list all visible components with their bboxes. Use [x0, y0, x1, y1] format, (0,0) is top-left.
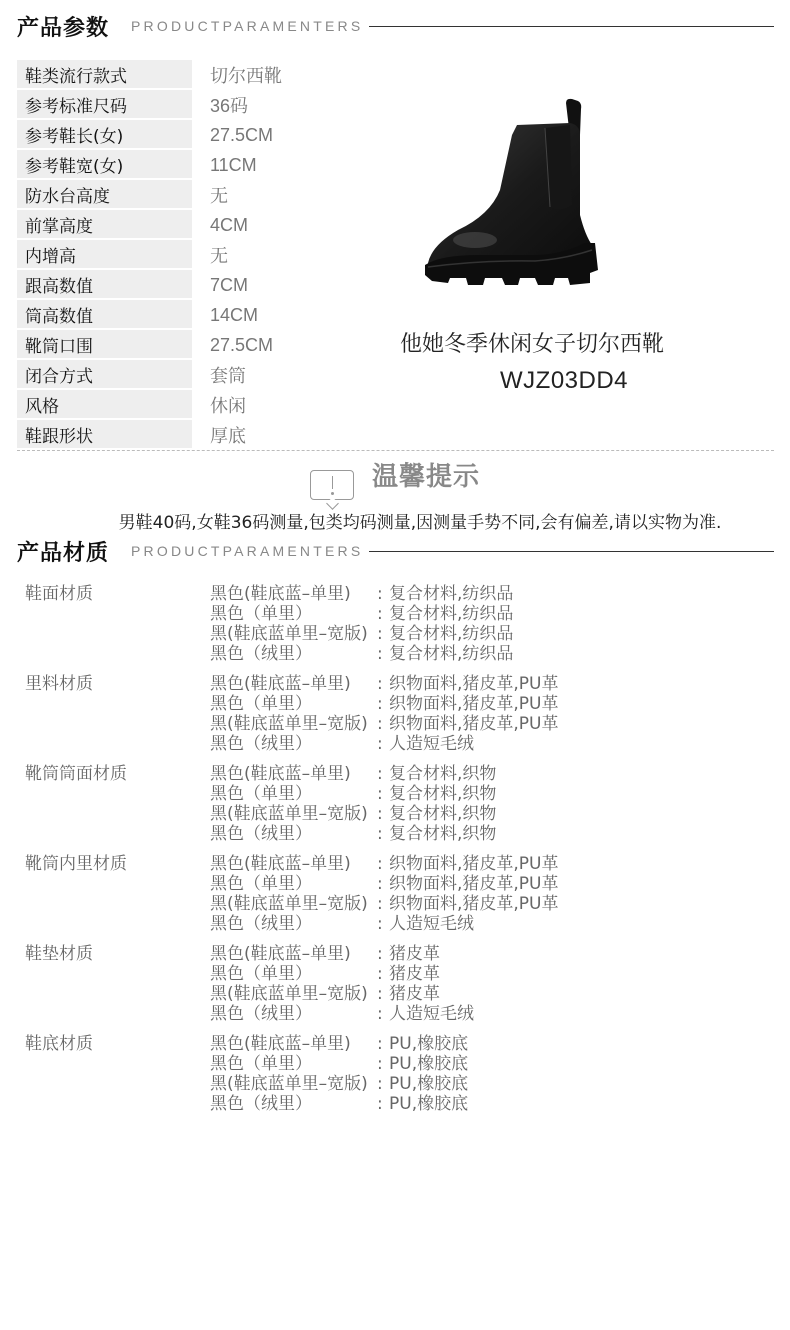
material-value: 人造短毛绒	[389, 914, 474, 934]
param-row: 闭合方式套筒	[17, 360, 397, 390]
material-separator: :	[377, 624, 389, 644]
param-value: 无	[192, 180, 228, 210]
material-group: 里料材质黑色(鞋底蓝–单里):织物面料,猪皮革,PU革黑色（单里）:织物面料,猪…	[25, 674, 765, 754]
param-label: 防水台高度	[17, 180, 192, 208]
material-group-label: 鞋面材质	[25, 584, 210, 664]
tip-text: 男鞋40码,女鞋36码测量,包类均码测量,因测量手势不同,会有偏差,请以实物为准…	[0, 508, 790, 533]
materials-section-header: 产品材质 PRODUCTPARAMENTERS	[17, 534, 774, 568]
param-row: 鞋类流行款式切尔西靴	[17, 60, 397, 90]
material-group-label: 鞋垫材质	[25, 944, 210, 1024]
material-color-variant: 黑色(鞋底蓝–单里)	[210, 854, 377, 874]
material-value: 猪皮革	[389, 964, 440, 984]
material-separator: :	[377, 964, 389, 984]
material-color-variant: 黑(鞋底蓝单里–宽版)	[210, 984, 377, 1004]
material-line: 黑色(鞋底蓝–单里):复合材料,纺织品	[210, 584, 765, 604]
material-color-variant: 黑色(鞋底蓝–单里)	[210, 764, 377, 784]
param-label: 内增高	[17, 240, 192, 268]
material-value: 织物面料,猪皮革,PU革	[389, 894, 559, 914]
material-color-variant: 黑色（绒里）	[210, 734, 377, 754]
material-line: 黑色（绒里）:PU,橡胶底	[210, 1094, 765, 1114]
param-label: 跟高数值	[17, 270, 192, 298]
param-value: 休闲	[192, 390, 246, 420]
param-row: 参考鞋长(女)27.5CM	[17, 120, 397, 150]
material-line: 黑色(鞋底蓝–单里):PU,橡胶底	[210, 1034, 765, 1054]
product-code: WJZ03DD4	[500, 367, 628, 395]
param-value: 11CM	[192, 150, 257, 180]
material-separator: :	[377, 1054, 389, 1074]
param-value: 27.5CM	[192, 120, 273, 150]
param-row: 风格休闲	[17, 390, 397, 420]
material-color-variant: 黑色（绒里）	[210, 1004, 377, 1024]
param-value: 4CM	[192, 210, 248, 240]
material-color-variant: 黑色（绒里）	[210, 1094, 377, 1114]
material-value: 猪皮革	[389, 944, 440, 964]
material-line: 黑色（绒里）:人造短毛绒	[210, 914, 765, 934]
param-row: 筒高数值14CM	[17, 300, 397, 330]
material-value: 织物面料,猪皮革,PU革	[389, 714, 559, 734]
param-label: 鞋跟形状	[17, 420, 192, 448]
material-value: 复合材料,织物	[389, 824, 496, 844]
param-label: 参考鞋宽(女)	[17, 150, 192, 178]
warning-speech-bubble-icon	[310, 470, 354, 500]
material-color-variant: 黑色（单里）	[210, 604, 377, 624]
param-label: 闭合方式	[17, 360, 192, 388]
material-separator: :	[377, 1004, 389, 1024]
material-separator: :	[377, 854, 389, 874]
param-row: 内增高无	[17, 240, 397, 270]
material-value: PU,橡胶底	[389, 1054, 468, 1074]
material-value: 人造短毛绒	[389, 734, 474, 754]
material-value: 复合材料,纺织品	[389, 644, 513, 664]
header-rule	[369, 26, 774, 27]
material-group: 鞋底材质黑色(鞋底蓝–单里):PU,橡胶底黑色（单里）:PU,橡胶底黑(鞋底蓝单…	[25, 1034, 765, 1114]
material-group-label: 鞋底材质	[25, 1034, 210, 1114]
param-value: 无	[192, 240, 228, 270]
material-color-variant: 黑(鞋底蓝单里–宽版)	[210, 624, 377, 644]
param-value: 切尔西靴	[192, 60, 282, 90]
material-color-variant: 黑色(鞋底蓝–单里)	[210, 674, 377, 694]
material-line: 黑(鞋底蓝单里–宽版):织物面料,猪皮革,PU革	[210, 894, 765, 914]
material-color-variant: 黑色(鞋底蓝–单里)	[210, 1034, 377, 1054]
header-rule	[369, 551, 774, 552]
material-line: 黑色(鞋底蓝–单里):织物面料,猪皮革,PU革	[210, 854, 765, 874]
material-color-variant: 黑色（绒里）	[210, 644, 377, 664]
material-separator: :	[377, 784, 389, 804]
param-value: 厚底	[192, 420, 246, 450]
param-row: 前掌高度4CM	[17, 210, 397, 240]
material-group-label: 靴筒筒面材质	[25, 764, 210, 844]
material-value: PU,橡胶底	[389, 1094, 468, 1114]
material-color-variant: 黑(鞋底蓝单里–宽版)	[210, 714, 377, 734]
material-value: 织物面料,猪皮革,PU革	[389, 874, 559, 894]
material-color-variant: 黑(鞋底蓝单里–宽版)	[210, 894, 377, 914]
params-table: 鞋类流行款式切尔西靴参考标准尺码36码参考鞋长(女)27.5CM参考鞋宽(女)1…	[17, 60, 397, 450]
material-separator: :	[377, 604, 389, 624]
material-value: 复合材料,织物	[389, 804, 496, 824]
param-row: 靴筒口围27.5CM	[17, 330, 397, 360]
material-value: 织物面料,猪皮革,PU革	[389, 674, 559, 694]
material-group-label: 里料材质	[25, 674, 210, 754]
materials-list: 鞋面材质黑色(鞋底蓝–单里):复合材料,纺织品黑色（单里）:复合材料,纺织品黑(…	[25, 584, 765, 1124]
materials-section-subtitle: PRODUCTPARAMENTERS	[131, 543, 363, 559]
black-chelsea-boot-image	[420, 95, 600, 290]
material-line: 黑色（单里）:猪皮革	[210, 964, 765, 984]
material-separator: :	[377, 894, 389, 914]
material-value: 复合材料,织物	[389, 764, 496, 784]
param-label: 筒高数值	[17, 300, 192, 328]
material-line: 黑(鞋底蓝单里–宽版):复合材料,织物	[210, 804, 765, 824]
material-group: 鞋垫材质黑色(鞋底蓝–单里):猪皮革黑色（单里）:猪皮革黑(鞋底蓝单里–宽版):…	[25, 944, 765, 1024]
material-value: 织物面料,猪皮革,PU革	[389, 854, 559, 874]
material-separator: :	[377, 694, 389, 714]
material-line: 黑色（单里）:PU,橡胶底	[210, 1054, 765, 1074]
material-line: 黑色(鞋底蓝–单里):猪皮革	[210, 944, 765, 964]
material-separator: :	[377, 804, 389, 824]
material-color-variant: 黑色(鞋底蓝–单里)	[210, 944, 377, 964]
param-row: 参考鞋宽(女)11CM	[17, 150, 397, 180]
param-label: 前掌高度	[17, 210, 192, 238]
params-section-title: 产品参数	[17, 11, 109, 42]
material-line: 黑色（绒里）:复合材料,织物	[210, 824, 765, 844]
material-group: 靴筒筒面材质黑色(鞋底蓝–单里):复合材料,织物黑色（单里）:复合材料,织物黑(…	[25, 764, 765, 844]
materials-section-title: 产品材质	[17, 536, 109, 567]
param-label: 鞋类流行款式	[17, 60, 192, 88]
material-value: PU,橡胶底	[389, 1074, 468, 1094]
material-separator: :	[377, 714, 389, 734]
param-value: 36码	[192, 90, 248, 120]
param-label: 参考标准尺码	[17, 90, 192, 118]
material-line: 黑色（单里）:织物面料,猪皮革,PU革	[210, 874, 765, 894]
material-group-label: 靴筒内里材质	[25, 854, 210, 934]
material-color-variant: 黑(鞋底蓝单里–宽版)	[210, 804, 377, 824]
material-value: 猪皮革	[389, 984, 440, 1004]
material-color-variant: 黑色（单里）	[210, 874, 377, 894]
material-color-variant: 黑色（单里）	[210, 784, 377, 804]
material-separator: :	[377, 1094, 389, 1114]
material-line: 黑(鞋底蓝单里–宽版):复合材料,纺织品	[210, 624, 765, 644]
material-value: 织物面料,猪皮革,PU革	[389, 694, 559, 714]
material-separator: :	[377, 914, 389, 934]
material-separator: :	[377, 734, 389, 754]
material-line: 黑色（单里）:织物面料,猪皮革,PU革	[210, 694, 765, 714]
param-row: 参考标准尺码36码	[17, 90, 397, 120]
param-row: 防水台高度无	[17, 180, 397, 210]
material-separator: :	[377, 1074, 389, 1094]
material-value: 复合材料,纺织品	[389, 624, 513, 644]
material-line: 黑色（单里）:复合材料,纺织品	[210, 604, 765, 624]
tip-title: 温馨提示	[372, 456, 480, 493]
material-line: 黑色(鞋底蓝–单里):织物面料,猪皮革,PU革	[210, 674, 765, 694]
param-value: 27.5CM	[192, 330, 273, 360]
material-line: 黑(鞋底蓝单里–宽版):猪皮革	[210, 984, 765, 1004]
param-row: 鞋跟形状厚底	[17, 420, 397, 450]
material-group: 鞋面材质黑色(鞋底蓝–单里):复合材料,纺织品黑色（单里）:复合材料,纺织品黑(…	[25, 584, 765, 664]
material-value: 复合材料,纺织品	[389, 604, 513, 624]
material-color-variant: 黑色（绒里）	[210, 914, 377, 934]
material-line: 黑(鞋底蓝单里–宽版):PU,橡胶底	[210, 1074, 765, 1094]
product-name: 他她冬季休闲女子切尔西靴	[390, 327, 710, 358]
material-value: PU,橡胶底	[389, 1034, 468, 1054]
material-value: 复合材料,纺织品	[389, 584, 513, 604]
material-color-variant: 黑色（单里）	[210, 1054, 377, 1074]
material-color-variant: 黑色（单里）	[210, 694, 377, 714]
param-row: 跟高数值7CM	[17, 270, 397, 300]
material-color-variant: 黑色（单里）	[210, 964, 377, 984]
material-line: 黑(鞋底蓝单里–宽版):织物面料,猪皮革,PU革	[210, 714, 765, 734]
material-color-variant: 黑(鞋底蓝单里–宽版)	[210, 1074, 377, 1094]
material-separator: :	[377, 1034, 389, 1054]
param-value: 套筒	[192, 360, 246, 390]
material-line: 黑色（绒里）:复合材料,纺织品	[210, 644, 765, 664]
material-separator: :	[377, 674, 389, 694]
material-line: 黑色(鞋底蓝–单里):复合材料,织物	[210, 764, 765, 784]
material-separator: :	[377, 584, 389, 604]
dashed-divider	[17, 450, 774, 451]
material-line: 黑色（单里）:复合材料,织物	[210, 784, 765, 804]
material-color-variant: 黑色（绒里）	[210, 824, 377, 844]
material-separator: :	[377, 644, 389, 664]
param-value: 7CM	[192, 270, 248, 300]
param-label: 靴筒口围	[17, 330, 192, 358]
material-value: 复合材料,织物	[389, 784, 496, 804]
param-value: 14CM	[192, 300, 258, 330]
material-value: 人造短毛绒	[389, 1004, 474, 1024]
material-separator: :	[377, 874, 389, 894]
params-section-subtitle: PRODUCTPARAMENTERS	[131, 18, 363, 34]
param-label: 风格	[17, 390, 192, 418]
material-line: 黑色（绒里）:人造短毛绒	[210, 734, 765, 754]
material-line: 黑色（绒里）:人造短毛绒	[210, 1004, 765, 1024]
material-color-variant: 黑色(鞋底蓝–单里)	[210, 584, 377, 604]
material-separator: :	[377, 824, 389, 844]
param-label: 参考鞋长(女)	[17, 120, 192, 148]
material-separator: :	[377, 984, 389, 1004]
params-section-header: 产品参数 PRODUCTPARAMENTERS	[17, 9, 774, 43]
material-separator: :	[377, 764, 389, 784]
material-separator: :	[377, 944, 389, 964]
material-group: 靴筒内里材质黑色(鞋底蓝–单里):织物面料,猪皮革,PU革黑色（单里）:织物面料…	[25, 854, 765, 934]
